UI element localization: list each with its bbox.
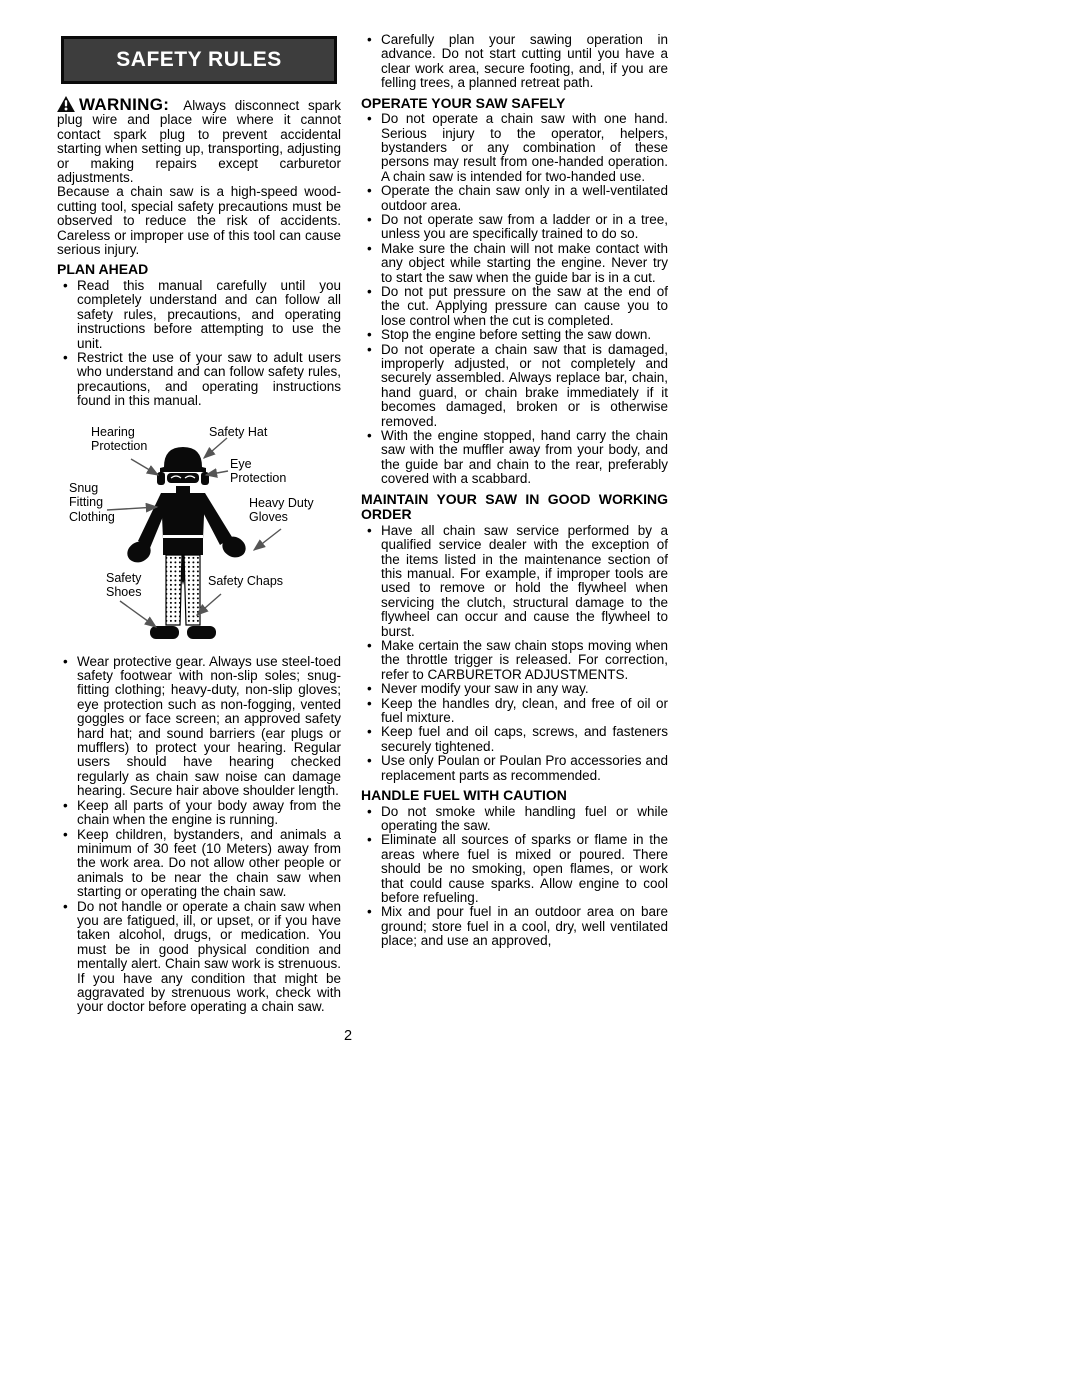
figure-label-snug-clothing: Snug Fitting Clothing: [69, 481, 115, 525]
list-item: Restrict the use of your saw to adult us…: [57, 351, 341, 409]
eye-protection-arrow: [206, 471, 228, 475]
list-item: Do not smoke while handling fuel or whil…: [361, 805, 668, 834]
list-item: Keep children, bystanders, and animals a…: [57, 828, 341, 900]
figure-label-safety-hat: Safety Hat: [209, 425, 267, 440]
list-item: Keep fuel and oil caps, screws, and fast…: [361, 725, 668, 754]
heading-handle-fuel-with-caution: HANDLE FUEL WITH CAUTION: [361, 788, 668, 804]
hearing-protection-arrow: [131, 459, 158, 475]
list-item: Never modify your saw in any way.: [361, 682, 668, 696]
safety-hat-arrow: [204, 438, 227, 458]
section-banner-title: SAFETY RULES: [116, 48, 281, 71]
list-item: Do not handle or operate a chain saw whe…: [57, 900, 341, 1015]
warning-paragraph: WARNING:Always disconnect spark plug wir…: [57, 96, 341, 185]
list-item: Make sure the chain will not make contac…: [361, 242, 668, 285]
figure-label-safety-shoes: Safety Shoes: [106, 571, 141, 600]
operate-saw-list: Do not operate a chain saw with one hand…: [361, 112, 668, 487]
manual-page: SAFETY RULES WARNING:Always disconnect s…: [0, 0, 1080, 1397]
safety-gear-figure: Hearing Protection Safety Hat Eye Protec…: [57, 417, 341, 651]
list-item: Do not operate a chain saw with one hand…: [361, 112, 668, 184]
left-column: SAFETY RULES WARNING:Always disconnect s…: [57, 36, 341, 1015]
figure-label-safety-chaps: Safety Chaps: [208, 574, 283, 589]
list-item: Make certain the saw chain stops moving …: [361, 639, 668, 682]
list-item: Use only Poulan or Poulan Pro accessorie…: [361, 754, 668, 783]
list-item: Wear protective gear. Always use steel-t…: [57, 655, 341, 799]
intro-paragraph: Because a chain saw is a high-speed wood…: [57, 185, 341, 257]
maintain-saw-list: Have all chain saw service performed by …: [361, 524, 668, 783]
warning-icon: [57, 96, 75, 112]
list-item: With the engine stopped, hand carry the …: [361, 429, 668, 487]
heading-plan-ahead: PLAN AHEAD: [57, 262, 341, 278]
plan-ahead-list: Read this manual carefully until you com…: [57, 279, 341, 409]
gloves-arrow: [254, 529, 281, 550]
list-item: Do not operate saw from a ladder or in a…: [361, 213, 668, 242]
section-banner: SAFETY RULES: [61, 36, 337, 84]
list-item: Mix and pour fuel in an outdoor area on …: [361, 905, 668, 948]
list-item: Read this manual carefully until you com…: [57, 279, 341, 351]
figure-label-heavy-duty-gloves: Heavy Duty Gloves: [249, 496, 314, 525]
safety-shoes-arrow: [120, 601, 156, 627]
list-item: Keep all parts of your body away from th…: [57, 799, 341, 828]
handle-fuel-list: Do not smoke while handling fuel or whil…: [361, 805, 668, 949]
figure-label-eye-protection: Eye Protection: [230, 457, 286, 486]
list-item: Carefully plan your sawing operation in …: [361, 33, 668, 91]
heading-operate-your-saw-safely: OPERATE YOUR SAW SAFELY: [361, 96, 668, 112]
list-item: Do not put pressure on the saw at the en…: [361, 285, 668, 328]
list-item: Do not operate a chain saw that is damag…: [361, 343, 668, 429]
list-item: Keep the handles dry, clean, and free of…: [361, 697, 668, 726]
right-column: Carefully plan your sawing operation in …: [361, 33, 668, 949]
plan-ahead-continued-list: Carefully plan your sawing operation in …: [361, 33, 668, 91]
heading-maintain-your-saw: MAINTAIN YOUR SAW IN GOOD WORKING ORDER: [361, 492, 668, 523]
list-item: Have all chain saw service performed by …: [361, 524, 668, 639]
figure-label-hearing-protection: Hearing Protection: [91, 425, 147, 454]
list-item: Operate the chain saw only in a well-ven…: [361, 184, 668, 213]
page-number: 2: [344, 1028, 352, 1044]
list-item: Stop the engine before setting the saw d…: [361, 328, 668, 342]
warning-label: WARNING:: [79, 95, 169, 114]
list-item: Eliminate all sources of sparks or flame…: [361, 833, 668, 905]
protective-gear-list: Wear protective gear. Always use steel-t…: [57, 655, 341, 1015]
